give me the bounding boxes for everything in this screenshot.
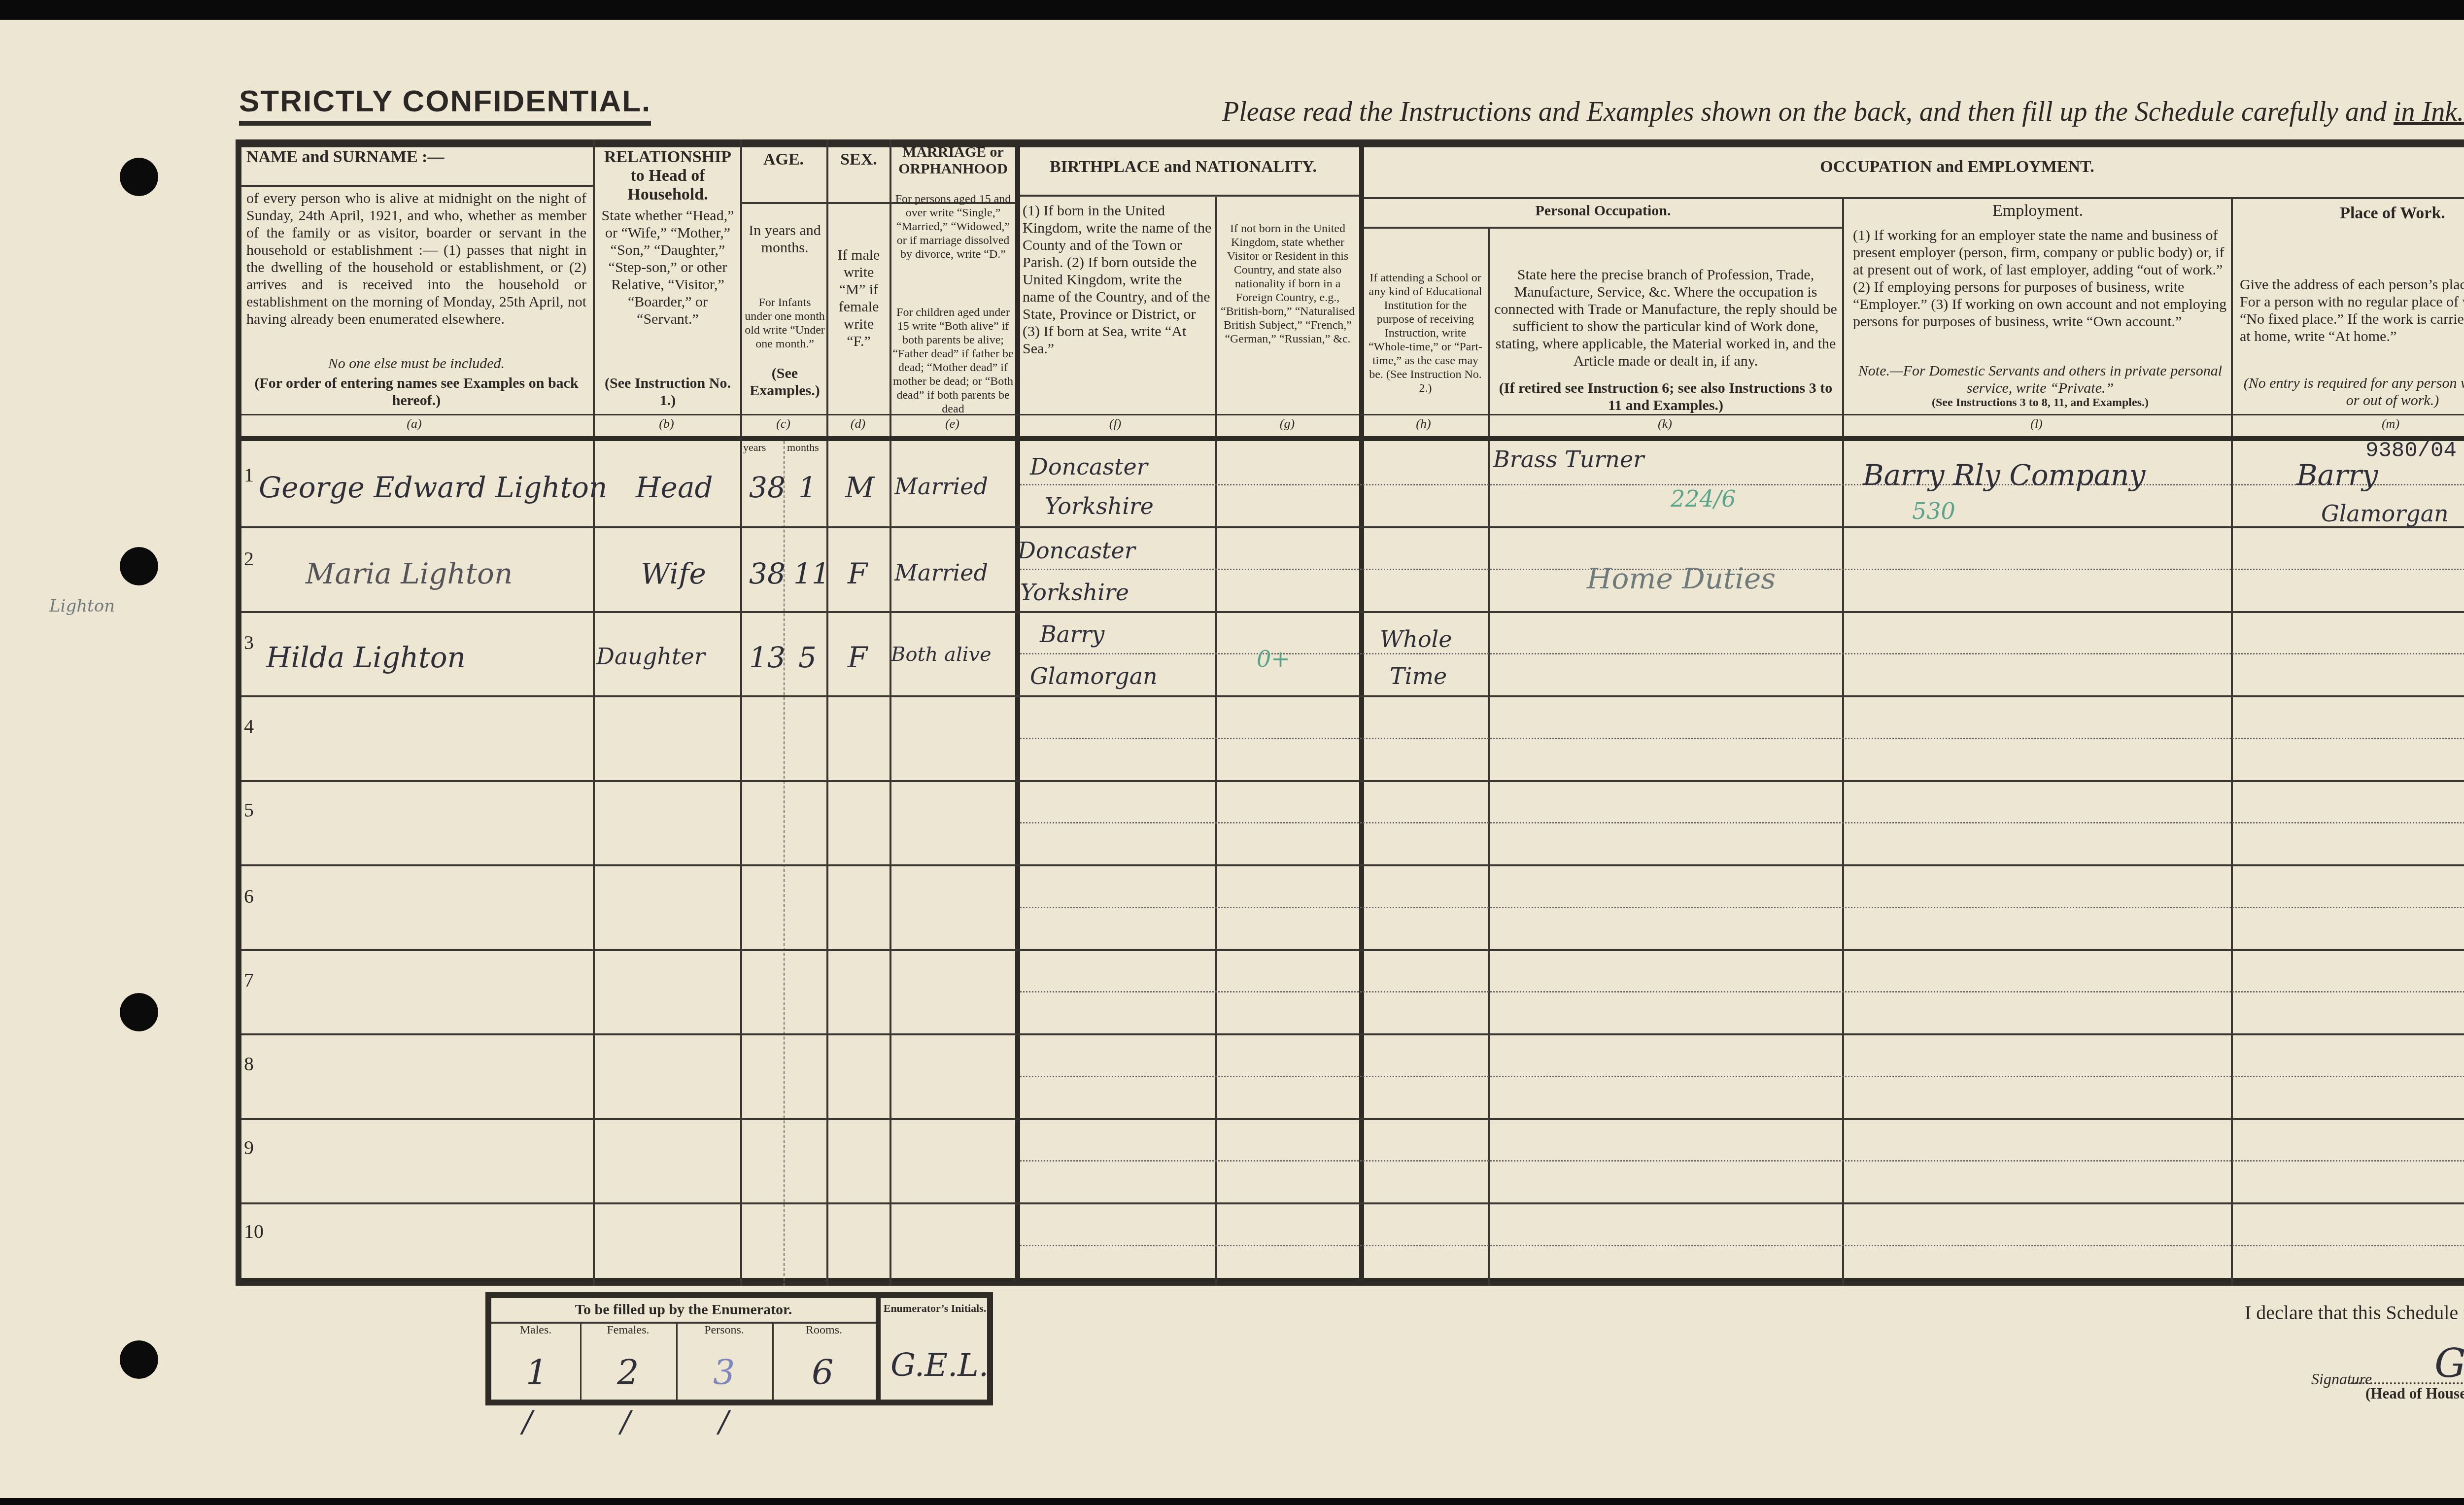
row-rule (241, 1033, 2464, 1035)
col-e-title: MARRIAGE or ORPHANHOOD (891, 144, 1015, 177)
row3-age-months[interactable]: 5 (798, 641, 817, 674)
page-title: STRICTLY CONFIDENTIAL. (239, 84, 651, 126)
divider-g-h (1359, 139, 1364, 1286)
row-rule (241, 695, 2464, 697)
enumerator-box-header: To be filled up by the Enumerator. (491, 1298, 876, 1324)
divider-a-b (593, 139, 595, 1286)
row1-birthplace-county[interactable]: Yorkshire (1045, 493, 1154, 519)
row1-occupation-code: 224/6 (1671, 485, 1736, 512)
col-letter-l: (l) (1842, 416, 2231, 431)
punch-hole (120, 1340, 158, 1379)
col-letter-e: (e) (890, 416, 1015, 431)
persons-value[interactable]: 3 (713, 1352, 735, 1393)
females-value[interactable]: 2 (617, 1352, 639, 1393)
row3-age-years[interactable]: 13 (749, 641, 786, 674)
col-a-note: No one else must be included. (246, 355, 586, 372)
row-midline (1020, 738, 2464, 739)
row2-sex[interactable]: F (848, 557, 867, 590)
col-c-title: AGE. (742, 150, 825, 169)
row1-employment-code: 530 (1912, 498, 1955, 524)
col-k-note: (If retired see Instruction 6; see also … (1491, 379, 1841, 414)
col-l-title: Employment. (1846, 202, 2230, 219)
instructions-emphasis: in Ink. (2394, 97, 2464, 127)
col-letter-g: (g) (1215, 416, 1359, 431)
col-letter-a: (a) (236, 416, 593, 431)
col-b-note: (See Instruction No. 1.) (599, 375, 737, 409)
enumerator-initials[interactable]: G.E.L. (890, 1347, 989, 1384)
age-months-label: months (787, 441, 819, 454)
divider-c-d (826, 139, 828, 1286)
row2-occupation[interactable]: Home Duties (1587, 562, 1776, 595)
punch-hole (120, 158, 158, 196)
row1-employment[interactable]: Barry Rly Company (1863, 458, 2145, 492)
instructions-line: Please read the Instructions and Example… (1222, 96, 2464, 128)
col-l-note: Note.—For Domestic Servants and others i… (1853, 362, 2227, 397)
divider-h-k (1488, 227, 1490, 1286)
col-d-title: SEX. (828, 150, 890, 169)
rule (241, 185, 593, 187)
enumerator-divider (876, 1298, 881, 1400)
row3-nationality: 0+ (1257, 646, 1290, 672)
row1-relationship[interactable]: Head (636, 471, 713, 504)
col-letter-f: (f) (1015, 416, 1215, 431)
col-letter-c: (c) (740, 416, 826, 431)
instructions-text: Please read the Instructions and Example… (1222, 97, 2387, 127)
col-a-body: of every person who is alive at midnight… (246, 190, 586, 328)
col-f-body: (1) If born in the United Kingdom, write… (1023, 202, 1212, 357)
row-rule (241, 780, 2464, 782)
rule (1020, 195, 1360, 197)
row-midline (1020, 991, 2464, 992)
row-midline (1020, 1160, 2464, 1162)
row1-age-years[interactable]: 38 (749, 471, 786, 504)
declaration-text: I declare that this Schedule is correctl… (2245, 1301, 2464, 1324)
row-number: 9 (244, 1136, 254, 1159)
row3-relationship[interactable]: Daughter (596, 643, 705, 670)
row-rule (241, 611, 2464, 613)
row-number: 10 (244, 1220, 264, 1243)
males-value[interactable]: 1 (526, 1352, 548, 1393)
col-letter-d: (d) (826, 416, 890, 431)
col-c-note: (See Examples.) (744, 365, 825, 399)
rule (241, 414, 2464, 415)
row1-place-code: 9380/04 (2365, 439, 2457, 463)
row1-place-town[interactable]: Barry (2296, 458, 2378, 492)
col-m-title: Place of Work. (2235, 205, 2464, 222)
signature[interactable]: G. E. Lighton (2434, 1340, 2464, 1386)
col-letter-b: (b) (593, 416, 740, 431)
row-number: 7 (244, 968, 254, 992)
row3-birthplace-county[interactable]: Glamorgan (1030, 663, 1158, 689)
col-l-body: (1) If working for an employer state the… (1853, 227, 2227, 330)
row2-age-years[interactable]: 38 (749, 557, 786, 590)
col-c-body: In years and months. (744, 222, 825, 256)
row-number: 3 (244, 631, 254, 654)
birthplace-group-title: BIRTHPLACE and NATIONALITY. (1020, 158, 1390, 176)
rule (1364, 227, 1842, 229)
personal-occupation-title: Personal Occupation. (1364, 202, 1842, 219)
age-years-label: years (743, 441, 766, 454)
row2-marriage[interactable]: Married (894, 559, 988, 586)
divider-d-e (890, 139, 891, 1286)
row3-education-1[interactable]: Whole (1380, 626, 1452, 652)
header-bottom-rule (241, 436, 2464, 441)
row1-place-county[interactable]: Glamorgan (2321, 500, 2449, 527)
row-rule (241, 1202, 2464, 1204)
col-k-body: State here the precise branch of Profess… (1491, 266, 1841, 370)
col-e-children: For children aged under 15 write “Both a… (892, 306, 1014, 416)
col-letter-h: (h) (1359, 416, 1488, 431)
row1-occupation[interactable]: Brass Turner (1493, 446, 1644, 473)
row1-name[interactable]: George Edward Lighton (259, 471, 607, 504)
row-midline (1020, 653, 2464, 654)
col-l-ref: (See Instructions 3 to 8, 11, and Exampl… (1853, 394, 2227, 411)
divider-f-g (1215, 197, 1217, 1286)
row3-birthplace-town[interactable]: Barry (1040, 621, 1104, 648)
col-b-title: RELATIONSHIP to Head of Household. (596, 148, 739, 204)
occupation-group-title: OCCUPATION and EMPLOYMENT. (1364, 158, 2464, 176)
col-a-order: (For order of entering names see Example… (246, 375, 586, 409)
col-g-body: If not born in the United Kingdom, state… (1218, 222, 1357, 346)
col-e-body: For persons aged 15 and over write “Sing… (892, 192, 1014, 261)
signature-caption: (Head of Household, Manager of Establish… (2365, 1385, 2464, 1402)
row-rule (241, 1118, 2464, 1120)
row-rule (241, 526, 2464, 528)
rooms-label: Rooms. (772, 1324, 876, 1337)
col-b-body: State whether “Head,” or “Wife,” “Mother… (599, 207, 737, 328)
row-number: 8 (244, 1052, 254, 1075)
row-number: 2 (244, 547, 254, 570)
rule (1364, 197, 2464, 199)
punch-hole (120, 993, 158, 1031)
row1-age-months[interactable]: 1 (798, 471, 817, 504)
row1-marriage[interactable]: Married (894, 473, 988, 500)
tally-ticks: / / / (522, 1404, 768, 1439)
col-letter-m: (m) (2231, 416, 2464, 431)
col-d-body: If male write “M” if female write “F.” (830, 246, 887, 350)
row1-birthplace-town[interactable]: Doncaster (1030, 453, 1148, 480)
col-c-infants: For Infants under one month old write “U… (744, 296, 825, 351)
row-number: 6 (244, 885, 254, 908)
row2-name[interactable]: Maria Lighton (306, 557, 513, 590)
row3-sex[interactable]: F (848, 641, 867, 674)
row2-relationship[interactable]: Wife (641, 557, 706, 590)
row3-education-2[interactable]: Time (1390, 663, 1447, 689)
row-rule (241, 949, 2464, 951)
row1-sex[interactable]: M (845, 471, 874, 504)
row-rule (241, 864, 2464, 866)
row-midline (1020, 1076, 2464, 1077)
enumerator-box: To be filled up by the Enumerator. Enume… (485, 1292, 993, 1405)
row-midline (1020, 822, 2464, 823)
col-a-title: NAME and SURNAME :— (246, 148, 444, 167)
row3-name[interactable]: Hilda Lighton (266, 641, 466, 674)
col-m-note: (No entry is required for any person who… (2240, 375, 2464, 409)
initials-label: Enumerator’s Initials. (881, 1302, 989, 1315)
row-number: 4 (244, 715, 254, 738)
divider-e-f (1015, 139, 1020, 1286)
col-letter-k: (k) (1488, 416, 1842, 431)
rooms-value[interactable]: 6 (812, 1352, 834, 1393)
margin-note: Lighton (49, 596, 115, 616)
row2-birthplace-county[interactable]: Yorkshire (1020, 579, 1129, 606)
divider-l-m (2231, 197, 2233, 1286)
row-number: 1 (244, 463, 254, 486)
col-m-body: Give the address of each person’s place … (2240, 276, 2464, 345)
row-midline (1020, 484, 2464, 485)
signature-label: Signature (2311, 1370, 2372, 1388)
row-midline (1020, 1245, 2464, 1246)
row-midline (1020, 907, 2464, 908)
divider-k-l (1842, 197, 1844, 1286)
row2-age-months[interactable]: 11 (793, 557, 830, 590)
punch-hole (120, 547, 158, 585)
row-number: 5 (244, 798, 254, 821)
col-h-body: If attending a School or any kind of Edu… (1365, 271, 1486, 395)
row3-marriage[interactable]: Both alive (891, 643, 992, 666)
row2-birthplace-town[interactable]: Doncaster (1018, 537, 1135, 564)
divider-b-c (740, 139, 742, 1286)
